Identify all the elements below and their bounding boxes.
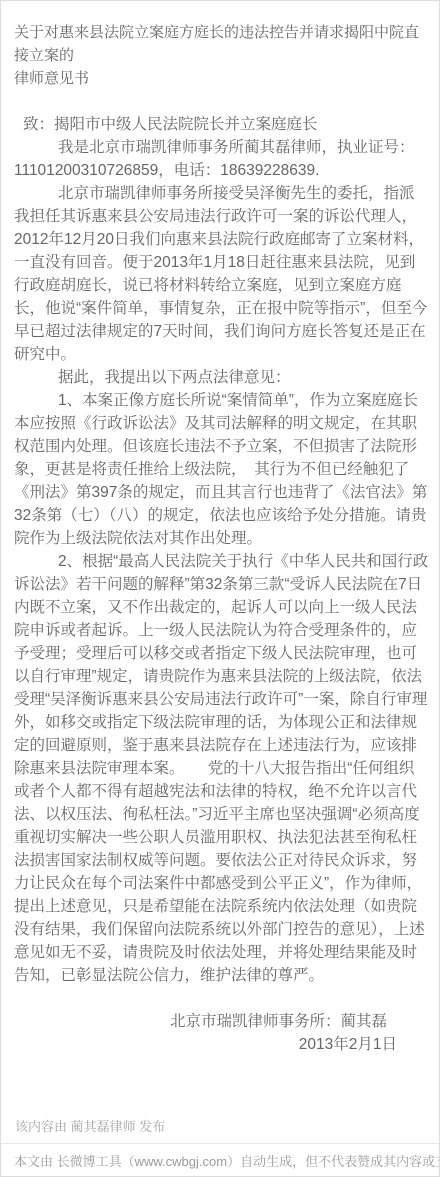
addressee-line: 致：揭阳市中级人民法院院长并立案庭庭长 — [14, 113, 429, 136]
signature-date: 2013年2月1日 — [14, 1033, 397, 1056]
document-content: 关于对惠来县法院立案庭方庭长的违法控告并请求揭阳中院直接立案的 律师意见书 致：… — [1, 1, 439, 1056]
bottom-bar: 本文由 长微博工具（www.cwbgj.com）自动生成，但不代表赞成其内容或立… — [1, 1143, 439, 1176]
title-line-1: 关于对惠来县法院立案庭方庭长的违法控告并请求揭阳中院直接立案的 — [14, 21, 429, 67]
paragraph-intro: 我是北京市瑞凯律师事务所蔺其磊律师，执业证号：11101200310726859… — [14, 136, 429, 182]
paragraph-opinion-1: 1、本案正像方庭长所说“案情简单”，作为立案庭庭长本应按照《行政诉讼法》及其司法… — [14, 389, 429, 550]
publisher-note: 该内容由 蔺其磊律师 发布 — [15, 1118, 165, 1136]
paragraph-background: 北京市瑞凯律师事务所接受吴泽衡先生的委托，指派我担任其诉惠来县公安局违法行政许可… — [14, 182, 429, 366]
document-title: 关于对惠来县法院立案庭方庭长的违法控告并请求揭阳中院直接立案的 律师意见书 — [14, 21, 429, 90]
generator-note: 本文由 长微博工具（www.cwbgj.com）自动生成，但不代表赞成其内容或立… — [14, 1151, 440, 1170]
signature-firm: 北京市瑞凯律师事务所：蔺其磊 — [14, 1010, 387, 1033]
document-page: 关于对惠来县法院立案庭方庭长的违法控告并请求揭阳中院直接立案的 律师意见书 致：… — [0, 0, 440, 1177]
signature-block: 北京市瑞凯律师事务所：蔺其磊 2013年2月1日 — [14, 1010, 429, 1056]
paragraph-lead-in: 据此，我提出以下两点法律意见： — [14, 366, 429, 389]
title-line-2: 律师意见书 — [14, 67, 429, 90]
paragraph-opinion-2: 2、根据“最高人民法院关于执行《中华人民共和国行政诉讼法》若干问题的解释”第32… — [14, 550, 429, 987]
